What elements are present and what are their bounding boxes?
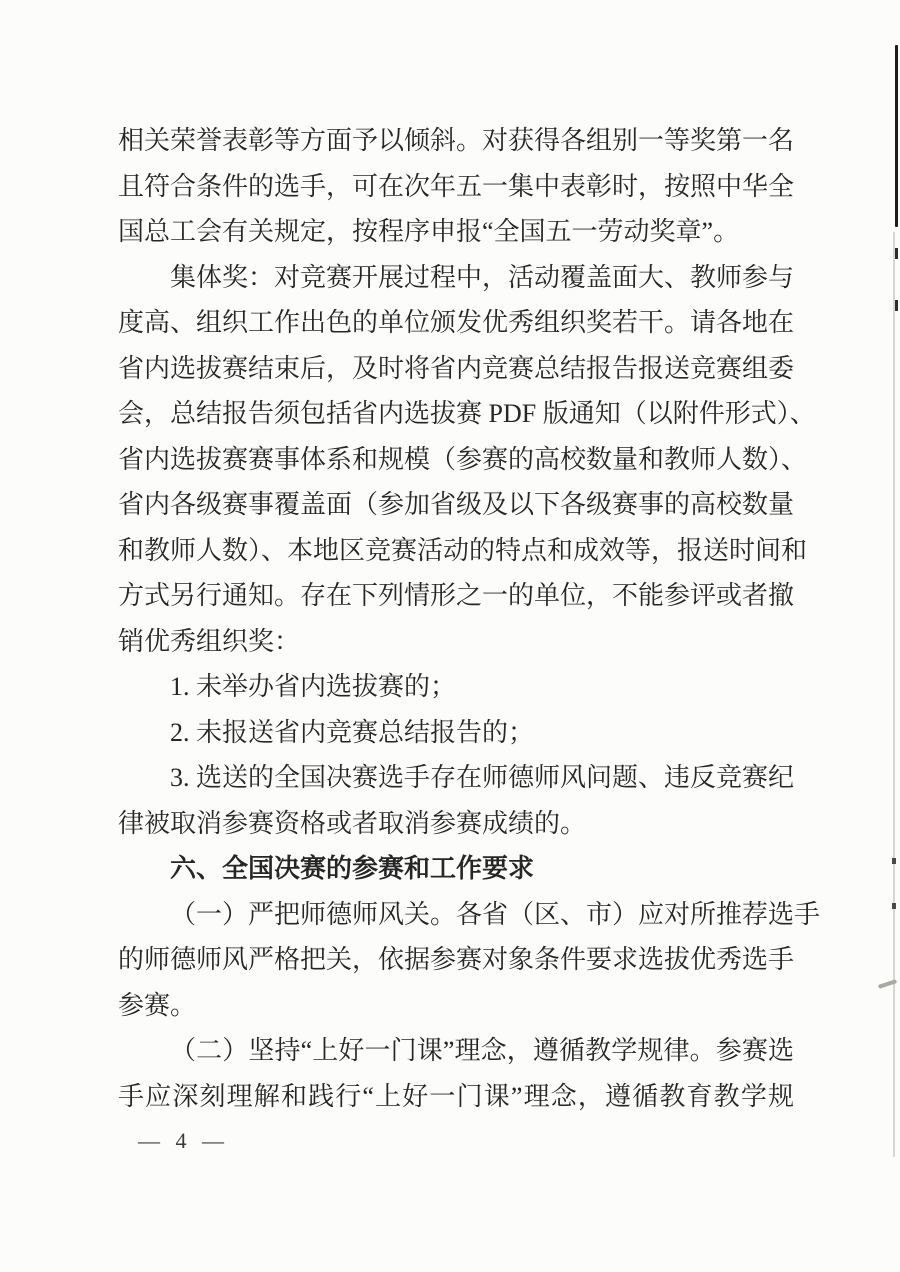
scanned-document-page: 相关荣誉表彰等方面予以倾斜。对获得各组别一等奖第一名且符合条件的选手，可在次年五… (0, 0, 900, 1272)
text-line: 3. 选送的全国决赛选手存在师德师风问题、违反竞赛纪 (118, 755, 794, 801)
text-line: 1. 未举办省内选拔赛的； (118, 664, 794, 710)
scan-artifact-edge-line-dark (895, 45, 898, 227)
scan-artifact-speck (895, 248, 898, 259)
text-line: 2. 未报送省内竞赛总结报告的； (118, 710, 794, 756)
text-line: 参赛。 (118, 983, 794, 1029)
scan-artifact-dot (892, 903, 896, 909)
text-line: 会，总结报告须包括省内选拔赛 PDF 版通知（以附件形式）、 (118, 391, 794, 437)
section-heading: 六、全国决赛的参赛和工作要求 (118, 846, 794, 892)
text-line: 省内各级赛事覆盖面（参加省级及以下各级赛事的高校数量 (118, 482, 794, 528)
text-line: 国总工会有关规定，按程序申报“全国五一劳动奖章”。 (118, 209, 794, 255)
text-line: 相关荣誉表彰等方面予以倾斜。对获得各组别一等奖第一名 (118, 118, 794, 164)
text-line: 省内选拔赛赛事体系和规模（参赛的高校数量和教师人数）、 (118, 437, 794, 483)
text-line: 和教师人数）、本地区竞赛活动的特点和成效等，报送时间和 (118, 528, 794, 574)
text-line: 且符合条件的选手，可在次年五一集中表彰时，按照中华全 (118, 164, 794, 210)
document-body: 相关荣誉表彰等方面予以倾斜。对获得各组别一等奖第一名且符合条件的选手，可在次年五… (118, 118, 794, 1119)
scan-artifact-dot (892, 858, 896, 864)
text-line: 省内选拔赛结束后，及时将省内竞赛总结报告报送竞赛组委 (118, 346, 794, 392)
text-line: 律被取消参赛资格或者取消参赛成绩的。 (118, 801, 794, 847)
text-line: 方式另行通知。存在下列情形之一的单位，不能参评或者撤 (118, 573, 794, 619)
page-number: — 4 — (138, 1126, 225, 1156)
text-line: 度高、组织工作出色的单位颁发优秀组织奖若干。请各地在 (118, 300, 794, 346)
text-line: （一）严把师德师风关。各省（区、市）应对所推荐选手 (118, 892, 794, 938)
text-line: 集体奖：对竞赛开展过程中，活动覆盖面大、教师参与 (118, 255, 794, 301)
scan-artifact-speck (895, 300, 898, 311)
scan-artifact-edge-line-faint (893, 232, 895, 1157)
text-line: 销优秀组织奖： (118, 619, 794, 665)
text-line: 的师德师风严格把关，依据参赛对象条件要求选拔优秀选手 (118, 937, 794, 983)
text-line: （二）坚持“上好一门课”理念，遵循教学规律。参赛选 (118, 1028, 794, 1074)
text-line: 手应深刻理解和践行“上好一门课”理念，遵循教育教学规 (118, 1074, 794, 1120)
